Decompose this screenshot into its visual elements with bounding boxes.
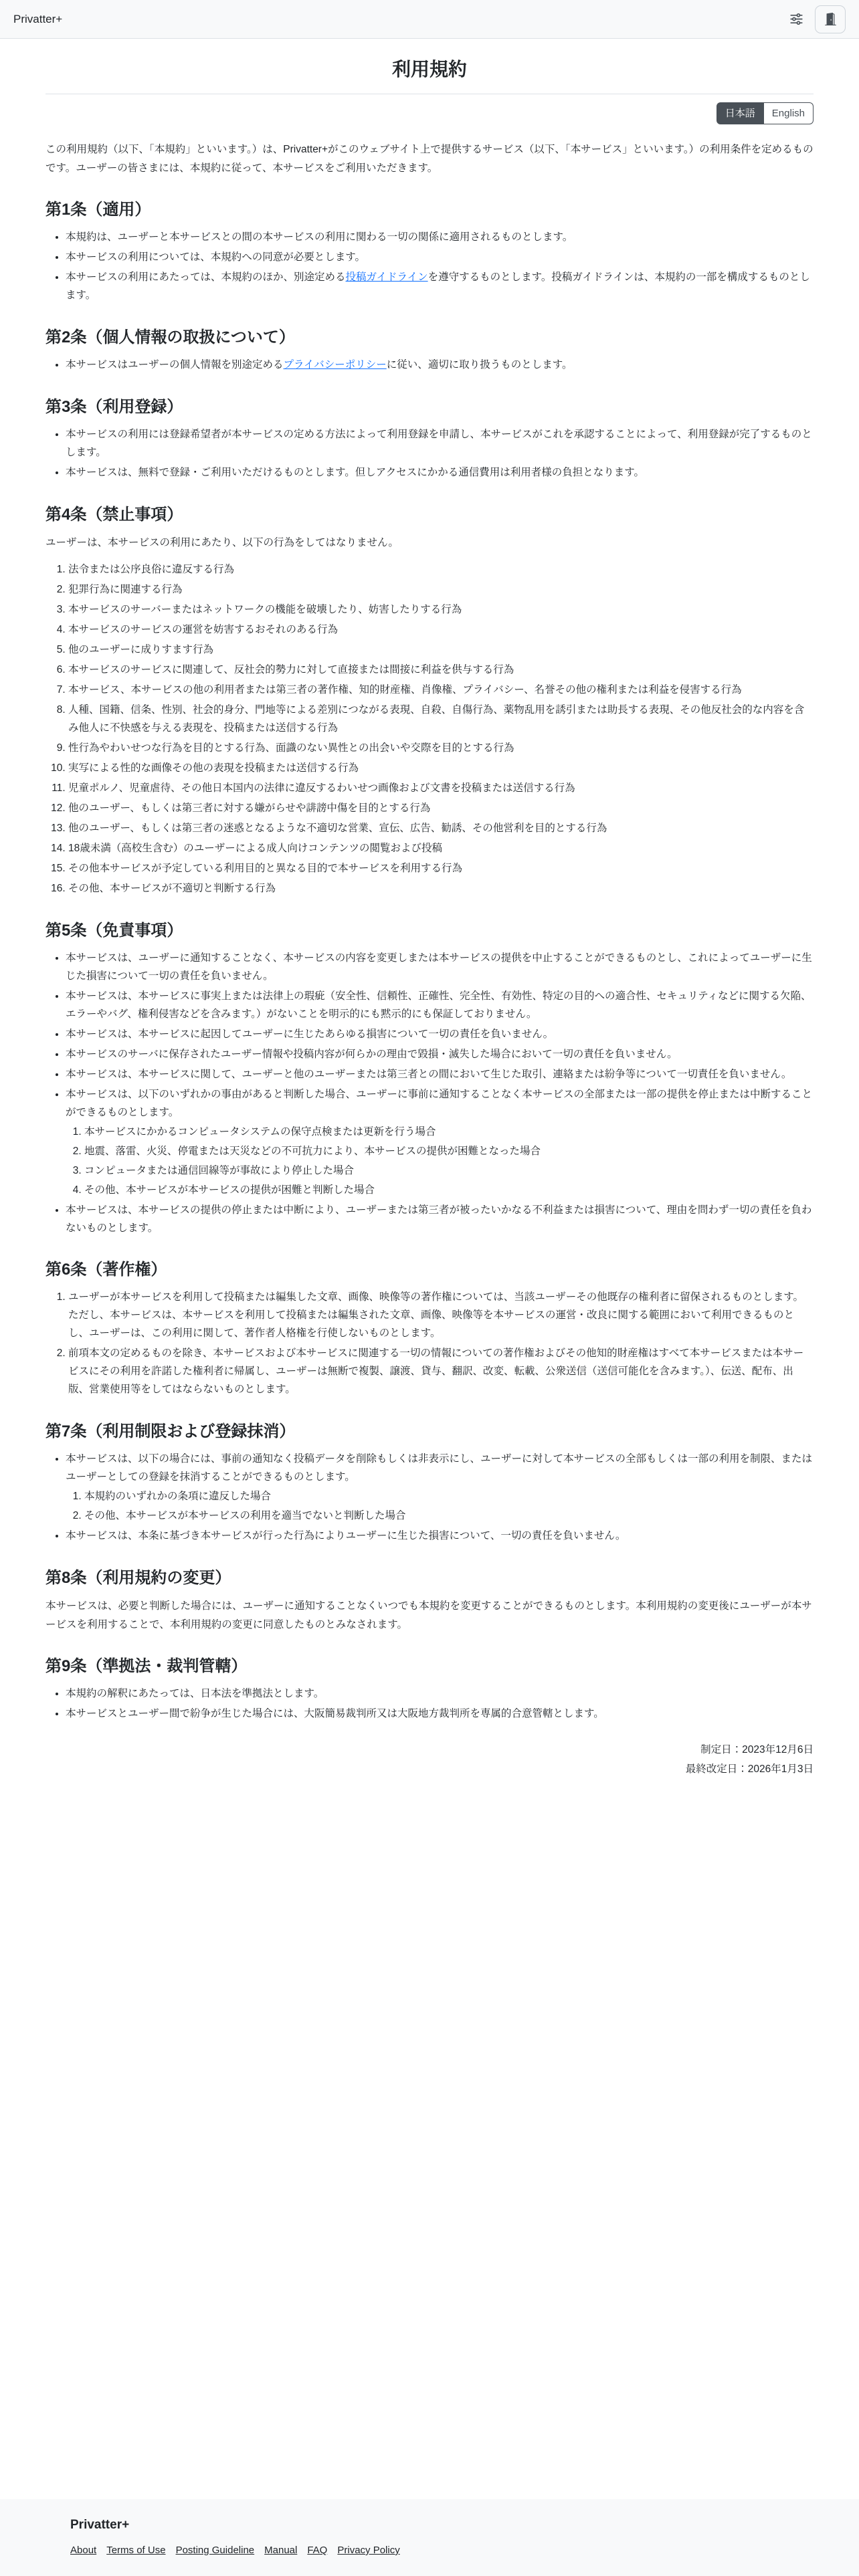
privacy-policy-link[interactable]: Privacy Policy bbox=[337, 2545, 399, 2556]
terms-list: 本サービスは、以下の場合には、事前の通知なく投稿データを削除もしくは非表示にし、… bbox=[45, 1451, 814, 1545]
about-link[interactable]: About bbox=[70, 2545, 96, 2556]
language-toggle: 日本語 English bbox=[45, 102, 814, 124]
section-heading: 第6条（著作権） bbox=[45, 1256, 814, 1279]
section-heading: 第5条（免責事項） bbox=[45, 917, 814, 940]
nested-list: 本サービスにかかるコンピュータシステムの保守点検または更新を行う場合地震、落雷、… bbox=[66, 1123, 814, 1200]
list-item: 18歳未満（高校生含む）のユーザーによる成人向けコンテンツの閲覧および投稿 bbox=[68, 840, 814, 858]
page-footer: Privatter+ AboutTerms of UsePosting Guid… bbox=[0, 2499, 859, 2576]
section-heading: 第1条（適用） bbox=[45, 196, 814, 219]
list-item: 本規約は、ユーザーと本サービスとの間の本サービスの利用に関わる一切の関係に適用さ… bbox=[66, 229, 814, 247]
brand-link[interactable]: Privatter+ bbox=[13, 13, 62, 26]
terms-sections: 第1条（適用）本規約は、ユーザーと本サービスとの間の本サービスの利用に関わる一切… bbox=[45, 196, 814, 1723]
section-heading: 第4条（禁止事項） bbox=[45, 501, 814, 524]
nested-list-item: その他、本サービスが本サービスの利用を適当でないと判断した場合 bbox=[84, 1507, 814, 1525]
list-item: 人種、国籍、信条、性別、社会的身分、門地等による差別につながる表現、自殺、自傷行… bbox=[68, 702, 814, 738]
posting-guideline-link[interactable]: Posting Guideline bbox=[176, 2545, 255, 2556]
list-item: 本サービスのサービスに関連して、反社会的勢力に対して直接または間接に利益を供与す… bbox=[68, 661, 814, 679]
terms-list: 本規約の解釈にあたっては、日本法を準拠法とします。本サービスとユーザー間で紛争が… bbox=[45, 1685, 814, 1723]
terms-of-use-link[interactable]: Terms of Use bbox=[106, 2545, 165, 2556]
main-content: 利用規約 日本語 English この利用規約（以下、「本規約」といいます。）は… bbox=[0, 39, 859, 2499]
terms-section: 第5条（免責事項）本サービスは、ユーザーに通知することなく、本サービスの内容を変… bbox=[45, 917, 814, 1238]
list-item: 他のユーザーに成りすます行為 bbox=[68, 641, 814, 659]
terms-section: 第4条（禁止事項）ユーザーは、本サービスの利用にあたり、以下の行為をしてはなりま… bbox=[45, 501, 814, 898]
list-item: 本サービスのサーバに保存されたユーザー情報や投稿内容が何らかの理由で毀損・滅失し… bbox=[66, 1046, 814, 1064]
terms-section: 第1条（適用）本規約は、ユーザーと本サービスとの間の本サービスの利用に関わる一切… bbox=[45, 196, 814, 305]
terms-list: 法令または公序良俗に違反する行為犯罪行為に関連する行為本サービスのサーバーまたは… bbox=[45, 561, 814, 897]
terms-list: 本サービスはユーザーの個人情報を別途定めるプライバシーポリシーに従い、適切に取り… bbox=[45, 356, 814, 374]
page-root: Privatter+ bbox=[0, 0, 859, 2576]
list-item: 児童ポルノ、児童虐待、その他日本国内の法律に違反するわいせつ画像および文書を投稿… bbox=[68, 780, 814, 798]
list-item: 犯罪行為に関連する行為 bbox=[68, 581, 814, 599]
list-item: 前項本文の定めるものを除き、本サービスおよび本サービスに関連する一切の情報につい… bbox=[68, 1345, 814, 1399]
list-item: 実写による性的な画像その他の表現を投稿または送信する行為 bbox=[68, 760, 814, 778]
terms-list: 本サービスの利用には登録希望者が本サービスの定める方法によって利用登録を申請し、… bbox=[45, 426, 814, 482]
door-open-icon bbox=[824, 13, 837, 25]
footer-links: AboutTerms of UsePosting GuidelineManual… bbox=[70, 2545, 789, 2556]
lang-japanese-button[interactable]: 日本語 bbox=[717, 102, 764, 124]
sliders-icon[interactable] bbox=[789, 11, 804, 27]
section-heading: 第7条（利用制限および登録抹消） bbox=[45, 1418, 814, 1441]
terms-list: 本サービスは、ユーザーに通知することなく、本サービスの内容を変更しまたは本サービ… bbox=[45, 950, 814, 1238]
list-item: 本サービスとユーザー間で紛争が生じた場合には、大阪簡易裁判所又は大阪地方裁判所を… bbox=[66, 1705, 814, 1723]
login-button[interactable] bbox=[815, 5, 846, 33]
terms-section: 第3条（利用登録）本サービスの利用には登録希望者が本サービスの定める方法によって… bbox=[45, 393, 814, 482]
nested-list-item: 地震、落雷、火災、停電または天災などの不可抗力により、本サービスの提供が困難とな… bbox=[84, 1143, 814, 1161]
section-lead: ユーザーは、本サービスの利用にあたり、以下の行為をしてはなりません。 bbox=[45, 534, 814, 552]
list-item: 本サービスのサービスの運営を妨害するおそれのある行為 bbox=[68, 621, 814, 639]
divider bbox=[45, 94, 814, 94]
manual-link[interactable]: Manual bbox=[264, 2545, 297, 2556]
list-item: 本サービスは、本条に基づき本サービスが行った行為によりユーザーに生じた損害につい… bbox=[66, 1527, 814, 1545]
list-item: 法令または公序良俗に違反する行為 bbox=[68, 561, 814, 579]
footer-brand: Privatter+ bbox=[70, 2518, 789, 2533]
section-heading: 第2条（個人情報の取扱について） bbox=[45, 324, 814, 347]
nested-list-item: コンピュータまたは通信回線等が事故により停止した場合 bbox=[84, 1162, 814, 1180]
terms-section: 第2条（個人情報の取扱について）本サービスはユーザーの個人情報を別途定めるプライ… bbox=[45, 324, 814, 374]
dates-block: 制定日：2023年12月6日 最終改定日：2026年1月3日 bbox=[45, 1741, 814, 1779]
list-item: 本サービスは、本サービスに事実上または法律上の瑕疵（安全性、信頼性、正確性、完全… bbox=[66, 988, 814, 1024]
top-navbar: Privatter+ bbox=[0, 0, 859, 39]
established-date: 制定日：2023年12月6日 bbox=[45, 1741, 814, 1760]
list-item: 本サービスは、本サービスに起因してユーザーに生じたあらゆる損害について一切の責任… bbox=[66, 1026, 814, 1044]
list-item: その他、本サービスが不適切と判断する行為 bbox=[68, 880, 814, 898]
terms-list: ユーザーが本サービスを利用して投稿または編集した文章、画像、映像等の著作権につい… bbox=[45, 1289, 814, 1399]
terms-list: 本規約は、ユーザーと本サービスとの間の本サービスの利用に関わる一切の関係に適用さ… bbox=[45, 229, 814, 305]
list-item: 本サービスの利用にあたっては、本規約のほか、別途定める投稿ガイドラインを遵守する… bbox=[66, 269, 814, 305]
section-heading: 第9条（準拠法・裁判管轄） bbox=[45, 1652, 814, 1676]
terms-section: 第7条（利用制限および登録抹消）本サービスは、以下の場合には、事前の通知なく投稿… bbox=[45, 1418, 814, 1545]
list-item: 他のユーザー、もしくは第三者に対する嫌がらせや誹謗中傷を目的とする行為 bbox=[68, 800, 814, 818]
list-item: 本サービスは、ユーザーに通知することなく、本サービスの内容を変更しまたは本サービ… bbox=[66, 950, 814, 986]
list-item: ユーザーが本サービスを利用して投稿または編集した文章、画像、映像等の著作権につい… bbox=[68, 1289, 814, 1343]
section-lead: 本サービスは、必要と判断した場合には、ユーザーに通知することなくいつでも本規約を… bbox=[45, 1597, 814, 1634]
list-item: 本サービス、本サービスの他の利用者または第三者の著作権、知的財産権、肖像権、プラ… bbox=[68, 681, 814, 700]
list-item: 性行為やわいせつな行為を目的とする行為、面識のない異性との出会いや交際を目的とす… bbox=[68, 740, 814, 758]
nested-list-item: 本規約のいずれかの条項に違反した場合 bbox=[84, 1488, 814, 1506]
section-heading: 第8条（利用規約の変更） bbox=[45, 1564, 814, 1588]
privacy-policy-link[interactable]: プライバシーポリシー bbox=[284, 359, 387, 370]
list-item: 本サービスは、本サービスの提供の停止または中断により、ユーザーまたは第三者が被っ… bbox=[66, 1202, 814, 1238]
list-item: 本規約の解釈にあたっては、日本法を準拠法とします。 bbox=[66, 1685, 814, 1703]
section-heading: 第3条（利用登録） bbox=[45, 393, 814, 417]
list-item: 本サービスは、本サービスに関して、ユーザーと他のユーザーまたは第三者との間におい… bbox=[66, 1066, 814, 1084]
list-item: 本サービスは、以下のいずれかの事由があると判断した場合、ユーザーに事前に通知する… bbox=[66, 1086, 814, 1200]
nested-list: 本規約のいずれかの条項に違反した場合その他、本サービスが本サービスの利用を適当で… bbox=[66, 1488, 814, 1525]
header-actions bbox=[789, 5, 846, 33]
terms-section: 第9条（準拠法・裁判管轄）本規約の解釈にあたっては、日本法を準拠法とします。本サ… bbox=[45, 1652, 814, 1723]
intro-paragraph: この利用規約（以下、「本規約」といいます。）は、Privatter+がこのウェブ… bbox=[45, 140, 814, 177]
faq-link[interactable]: FAQ bbox=[307, 2545, 327, 2556]
list-item: 本サービスの利用については、本規約への同意が必要とします。 bbox=[66, 249, 814, 267]
posting-guideline-link[interactable]: 投稿ガイドライン bbox=[346, 272, 428, 283]
nested-list-item: その他、本サービスが本サービスの提供が困難と判断した場合 bbox=[84, 1182, 814, 1200]
list-item: 本サービスは、無料で登録・ご利用いただけるものとします。但しアクセスにかかる通信… bbox=[66, 464, 814, 482]
list-item: 他のユーザー、もしくは第三者の迷惑となるような不適切な営業、宣伝、広告、勧誘、そ… bbox=[68, 820, 814, 838]
list-item: 本サービスはユーザーの個人情報を別途定めるプライバシーポリシーに従い、適切に取り… bbox=[66, 356, 814, 374]
last-revised-date: 最終改定日：2026年1月3日 bbox=[45, 1760, 814, 1780]
list-item: 本サービスのサーバーまたはネットワークの機能を破壊したり、妨害したりする行為 bbox=[68, 601, 814, 619]
page-title: 利用規約 bbox=[45, 55, 814, 82]
terms-section: 第6条（著作権）ユーザーが本サービスを利用して投稿または編集した文章、画像、映像… bbox=[45, 1256, 814, 1399]
list-item: その他本サービスが予定している利用目的と異なる目的で本サービスを利用する行為 bbox=[68, 860, 814, 878]
lang-english-button[interactable]: English bbox=[764, 102, 814, 124]
nested-list-item: 本サービスにかかるコンピュータシステムの保守点検または更新を行う場合 bbox=[84, 1123, 814, 1142]
list-item: 本サービスは、以下の場合には、事前の通知なく投稿データを削除もしくは非表示にし、… bbox=[66, 1451, 814, 1525]
terms-section: 第8条（利用規約の変更）本サービスは、必要と判断した場合には、ユーザーに通知する… bbox=[45, 1564, 814, 1634]
list-item: 本サービスの利用には登録希望者が本サービスの定める方法によって利用登録を申請し、… bbox=[66, 426, 814, 462]
